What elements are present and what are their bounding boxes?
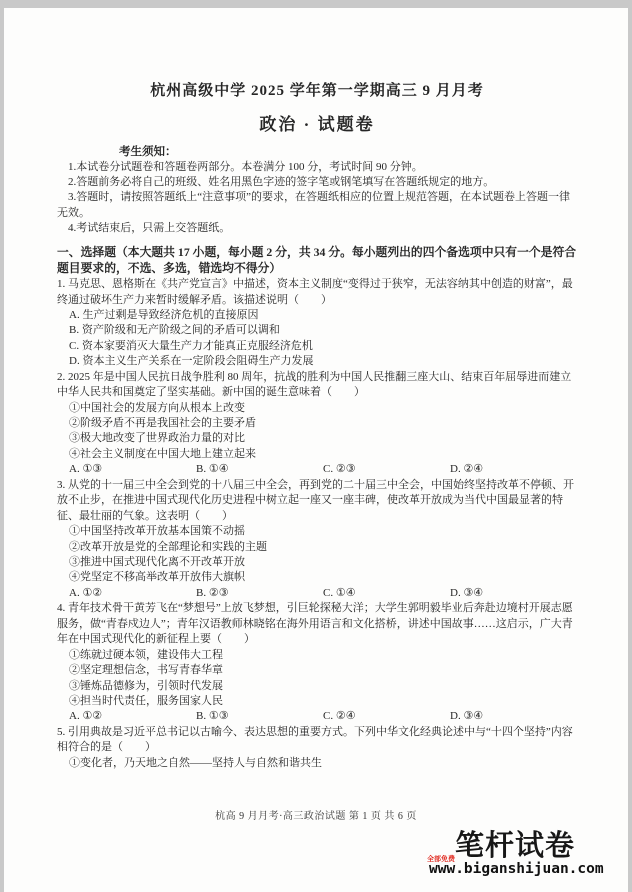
option-line: C. 资本家要消灭大量生产力才能真正克服经济危机 <box>69 339 577 354</box>
site-watermark: 笔杆试卷 全部免费 www.biganshijuan.com <box>429 831 601 878</box>
choices-row: A. ①③ B. ①④ C. ②③ D. ②④ <box>69 462 577 477</box>
choice-c: C. ①④ <box>323 586 450 601</box>
statement-line: ①中国社会的发展方向从根本上改变 <box>69 401 577 416</box>
statement-line: ①练就过硬本领，建设伟大工程 <box>69 648 577 663</box>
notice-item: 1.本试卷分试题卷和答题卷两部分。本卷满分 100 分，考试时间 90 分钟。 <box>57 160 577 175</box>
notice-item: 4.考试结束后，只需上交答题纸。 <box>57 221 577 236</box>
exam-title: 杭州高级中学 2025 学年第一学期高三 9 月月考 <box>57 82 577 101</box>
question-2: 2. 2025 年是中国人民抗日战争胜利 80 周年，抗战的胜利为中国人民推翻三… <box>57 370 577 478</box>
section-heading-multiple-choice: 一、选择题（本大题共 17 小题，每小题 2 分，共 34 分。每小题列出的四个… <box>57 244 577 276</box>
choice-d: D. ③④ <box>450 709 577 724</box>
statement-line: ③锤炼品德修为，引领时代发展 <box>69 679 577 694</box>
candidate-notice: 考生须知： 1.本试卷分试题卷和答题卷两部分。本卷满分 100 分，考试时间 9… <box>57 145 577 236</box>
statement-line: ①中国坚持改革开放基本国策不动摇 <box>69 524 577 539</box>
choice-a: A. ①② <box>69 709 196 724</box>
question-stem: 4. 青年技术骨干黄芳飞在“梦想号”上放飞梦想，引巨轮探秘大洋；大学生郭明毅毕业… <box>57 601 577 648</box>
choice-d: D. ③④ <box>450 586 577 601</box>
choices-row: A. ①② B. ②③ C. ①④ D. ③④ <box>69 586 577 601</box>
choice-b: B. ①④ <box>196 462 323 477</box>
statement-line: ①变化者，乃天地之自然——坚持人与自然和谐共生 <box>69 756 577 771</box>
choice-c: C. ②④ <box>323 709 450 724</box>
notice-item: 3.答题时，请按照答题纸上“注意事项”的要求，在答题纸相应的位置上规范答题，在本… <box>57 190 577 220</box>
question-stem: 1. 马克思、恩格斯在《共产党宣言》中描述，资本主义制度“变得过于狭窄，无法容纳… <box>57 277 577 308</box>
statement-line: ③极大地改变了世界政治力量的对比 <box>69 431 577 446</box>
choice-d: D. ②④ <box>450 462 577 477</box>
option-line: D. 资本主义生产关系在一定阶段会阻碍生产力发展 <box>69 354 577 369</box>
statement-line: ④担当时代责任，服务国家人民 <box>69 694 577 709</box>
exam-paper-page: 杭州高级中学 2025 学年第一学期高三 9 月月考 政治 · 试题卷 考生须知… <box>4 8 628 892</box>
question-1: 1. 马克思、恩格斯在《共产党宣言》中描述，资本主义制度“变得过于狭窄，无法容纳… <box>57 277 577 370</box>
notice-item: 2.答题前务必将自己的班级、姓名用黑色字迹的签字笔或钢笔填写在答题纸规定的地方。 <box>57 175 577 190</box>
choice-a: A. ①③ <box>69 462 196 477</box>
statement-line: ②阶级矛盾不再是我国社会的主要矛盾 <box>69 416 577 431</box>
statement-line: ②改革开放是党的全部理论和实践的主题 <box>69 540 577 555</box>
choice-b: B. ②③ <box>196 586 323 601</box>
question-5: 5. 引用典故是习近平总书记以古喻今、表达思想的重要方式。下列中华文化经典论述中… <box>57 725 577 771</box>
question-3: 3. 从党的十一届三中全会到党的十八届三中全会，再到党的二十届三中全会，中国始终… <box>57 478 577 602</box>
choice-b: B. ①③ <box>196 709 323 724</box>
paper-subject-title: 政治 · 试题卷 <box>57 114 577 136</box>
choices-row: A. ①② B. ①③ C. ②④ D. ③④ <box>69 709 577 724</box>
watermark-free-badge: 全部免费 <box>427 854 455 864</box>
statement-line: ③推进中国式现代化离不开改革开放 <box>69 555 577 570</box>
question-stem: 2. 2025 年是中国人民抗日战争胜利 80 周年，抗战的胜利为中国人民推翻三… <box>57 370 577 401</box>
choice-a: A. ①② <box>69 586 196 601</box>
option-line: A. 生产过剩是导致经济危机的直接原因 <box>69 308 577 323</box>
statement-line: ②坚定理想信念，书写青春华章 <box>69 663 577 678</box>
question-stem: 3. 从党的十一届三中全会到党的十八届三中全会，再到党的二十届三中全会，中国始终… <box>57 478 577 525</box>
statement-line: ④党坚定不移高举改革开放伟大旗帜 <box>69 570 577 585</box>
question-stem: 5. 引用典故是习近平总书记以古喻今、表达思想的重要方式。下列中华文化经典论述中… <box>57 725 577 756</box>
statement-line: ④社会主义制度在中国大地上建立起来 <box>69 447 577 462</box>
choice-c: C. ②③ <box>323 462 450 477</box>
question-4: 4. 青年技术骨干黄芳飞在“梦想号”上放飞梦想，引巨轮探秘大洋；大学生郭明毅毕业… <box>57 601 577 725</box>
notice-heading: 考生须知： <box>119 145 577 160</box>
option-line: B. 资产阶级和无产阶级之间的矛盾可以调和 <box>69 323 577 338</box>
page-footer: 杭高 9 月月考·高三政治试题 第 1 页 共 6 页 <box>4 807 628 822</box>
